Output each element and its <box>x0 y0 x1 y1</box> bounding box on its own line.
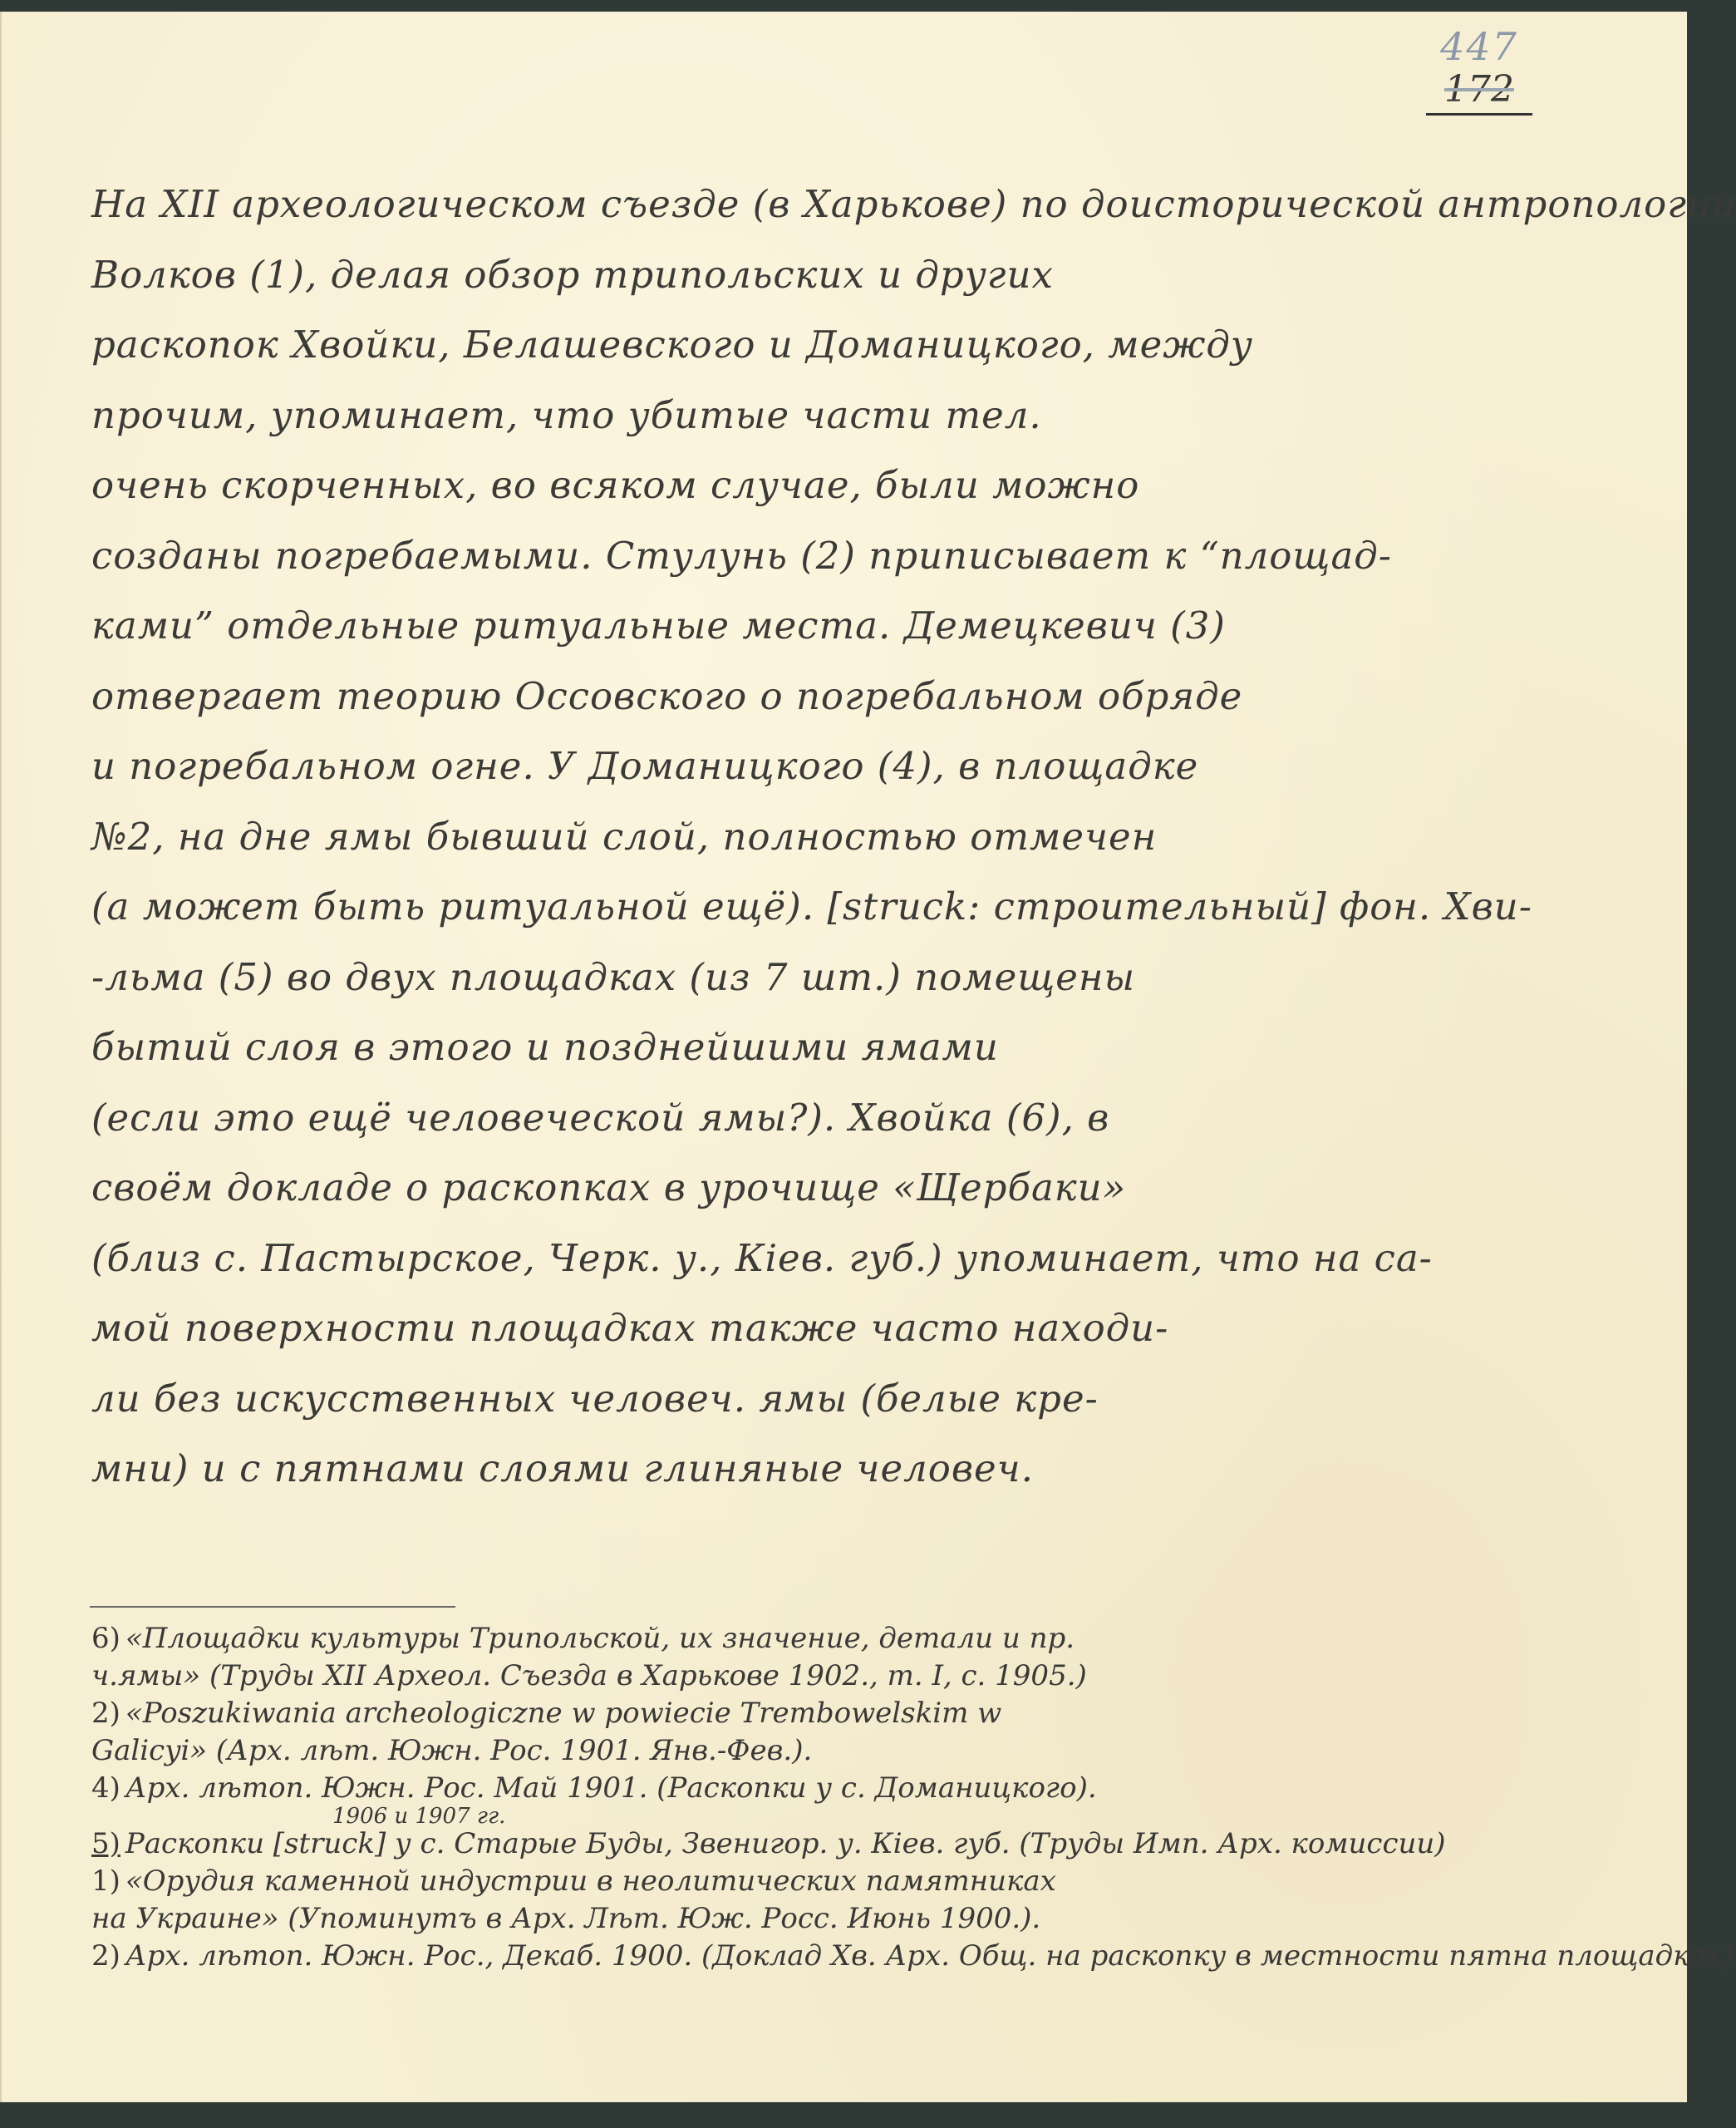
text-line: (а может быть ритуальной ещё). [struck: … <box>91 872 1670 943</box>
footnote-number: 2) <box>91 1939 120 1973</box>
text-line: своём докладе о раскопках в урочище «Щер… <box>91 1153 1670 1224</box>
footnote-text: «Орудия каменной индустрии в неолитическ… <box>125 1864 1056 1898</box>
text-line: ками” отдельные ритуальные места. Демецк… <box>91 591 1670 662</box>
footnote: 1906 и 1907 гг. 5)Раскопки [struck] у с.… <box>91 1807 1670 1863</box>
footnote-text: Galicyi» (Арх. лѣт. Южн. Рос. 1901. Янв.… <box>91 1732 1670 1770</box>
text-line: -льма (5) во двух площадках (из 7 шт.) п… <box>91 943 1670 1013</box>
footnote-text: Раскопки [struck] у с. Старые Буды, Звен… <box>125 1827 1446 1860</box>
text-line: (если это ещё человеческой ямы?). Хвойка… <box>91 1083 1670 1154</box>
footnote: 4)Арх. лѣтоп. Южн. Рос. Май 1901. (Раско… <box>91 1770 1670 1807</box>
text-line: созданы погребаемыми. Стулунь (2) припис… <box>91 521 1670 592</box>
footnote-number: 5) <box>91 1827 120 1860</box>
text-line: Волков (1), делая обзор трипольских и др… <box>91 240 1670 311</box>
footnote: 2)«Poszukiwania archeologiczne w powieci… <box>91 1695 1670 1770</box>
interlinear-insertion: 1906 и 1907 гг. <box>332 1807 1670 1825</box>
text-line: (близ с. Пастырское, Черк. у., Кіев. губ… <box>91 1224 1670 1294</box>
footnote: 2)Арх. лѣтоп. Южн. Рос., Декаб. 1900. (Д… <box>91 1938 1670 1975</box>
text-line: мни) и с пятнами слоями глиняные человеч… <box>91 1434 1670 1505</box>
folio-underline <box>1426 113 1532 116</box>
footnote-text: «Poszukiwania archeologiczne w powiecie … <box>125 1697 1001 1730</box>
text-line: и погребальном огне. У Доманицкого (4), … <box>91 731 1670 802</box>
footnote: 6)«Площадки культуры Трипольской, их зна… <box>91 1620 1670 1695</box>
footnote-text: ч.ямы» (Труды XII Археол. Съезда в Харьк… <box>91 1658 1670 1695</box>
text-line: отвергает теорию Оссовского о погребальн… <box>91 662 1670 732</box>
footnote-number: 6) <box>91 1622 120 1655</box>
manuscript-page: 447 172 На XII археологическом съезде (в… <box>0 12 1687 2102</box>
footnote-text: Арх. лѣтоп. Южн. Рос. Май 1901. (Раскопк… <box>125 1771 1097 1805</box>
main-text: На XII археологическом съезде (в Харьков… <box>91 170 1670 1505</box>
footnote-text: Арх. лѣтоп. Южн. Рос., Декаб. 1900. (Док… <box>125 1939 1736 1973</box>
text-line: раскопок Хвойки, Белашевского и Доманицк… <box>91 310 1670 381</box>
footnote: 1)«Орудия каменной индустрии в неолитиче… <box>91 1863 1670 1938</box>
footnote-number: 4) <box>91 1771 120 1805</box>
text-line: бытий слоя в этого и позднейшими ямами <box>91 1012 1670 1083</box>
footnote-text: на Украине» (Упоминутъ в Арх. Лѣт. Юж. Р… <box>91 1900 1670 1938</box>
footnotes: 6)«Площадки культуры Трипольской, их зна… <box>91 1620 1670 1975</box>
text-line: ли без искусственных человеч. ямы (белые… <box>91 1364 1670 1435</box>
footnote-text: «Площадки культуры Трипольской, их значе… <box>125 1622 1075 1655</box>
text-line: №2, на дне ямы бывший слой, полностью от… <box>91 802 1670 873</box>
text-line: На XII археологическом съезде (в Харьков… <box>91 170 1670 240</box>
folio-current-number: 447 <box>1421 23 1537 70</box>
text-line: мой поверхности площадках также часто на… <box>91 1293 1670 1364</box>
text-line: очень скорченных, во всяком случае, были… <box>91 451 1670 521</box>
folio-number: 447 172 <box>1421 23 1537 116</box>
text-line: прочим, упоминает, что убитые части тел. <box>91 381 1670 451</box>
footnote-number: 2) <box>91 1697 120 1730</box>
footnote-number: 1) <box>91 1864 120 1898</box>
footnote-separator <box>90 1606 455 1608</box>
folio-old-number-struck: 172 <box>1421 70 1537 110</box>
